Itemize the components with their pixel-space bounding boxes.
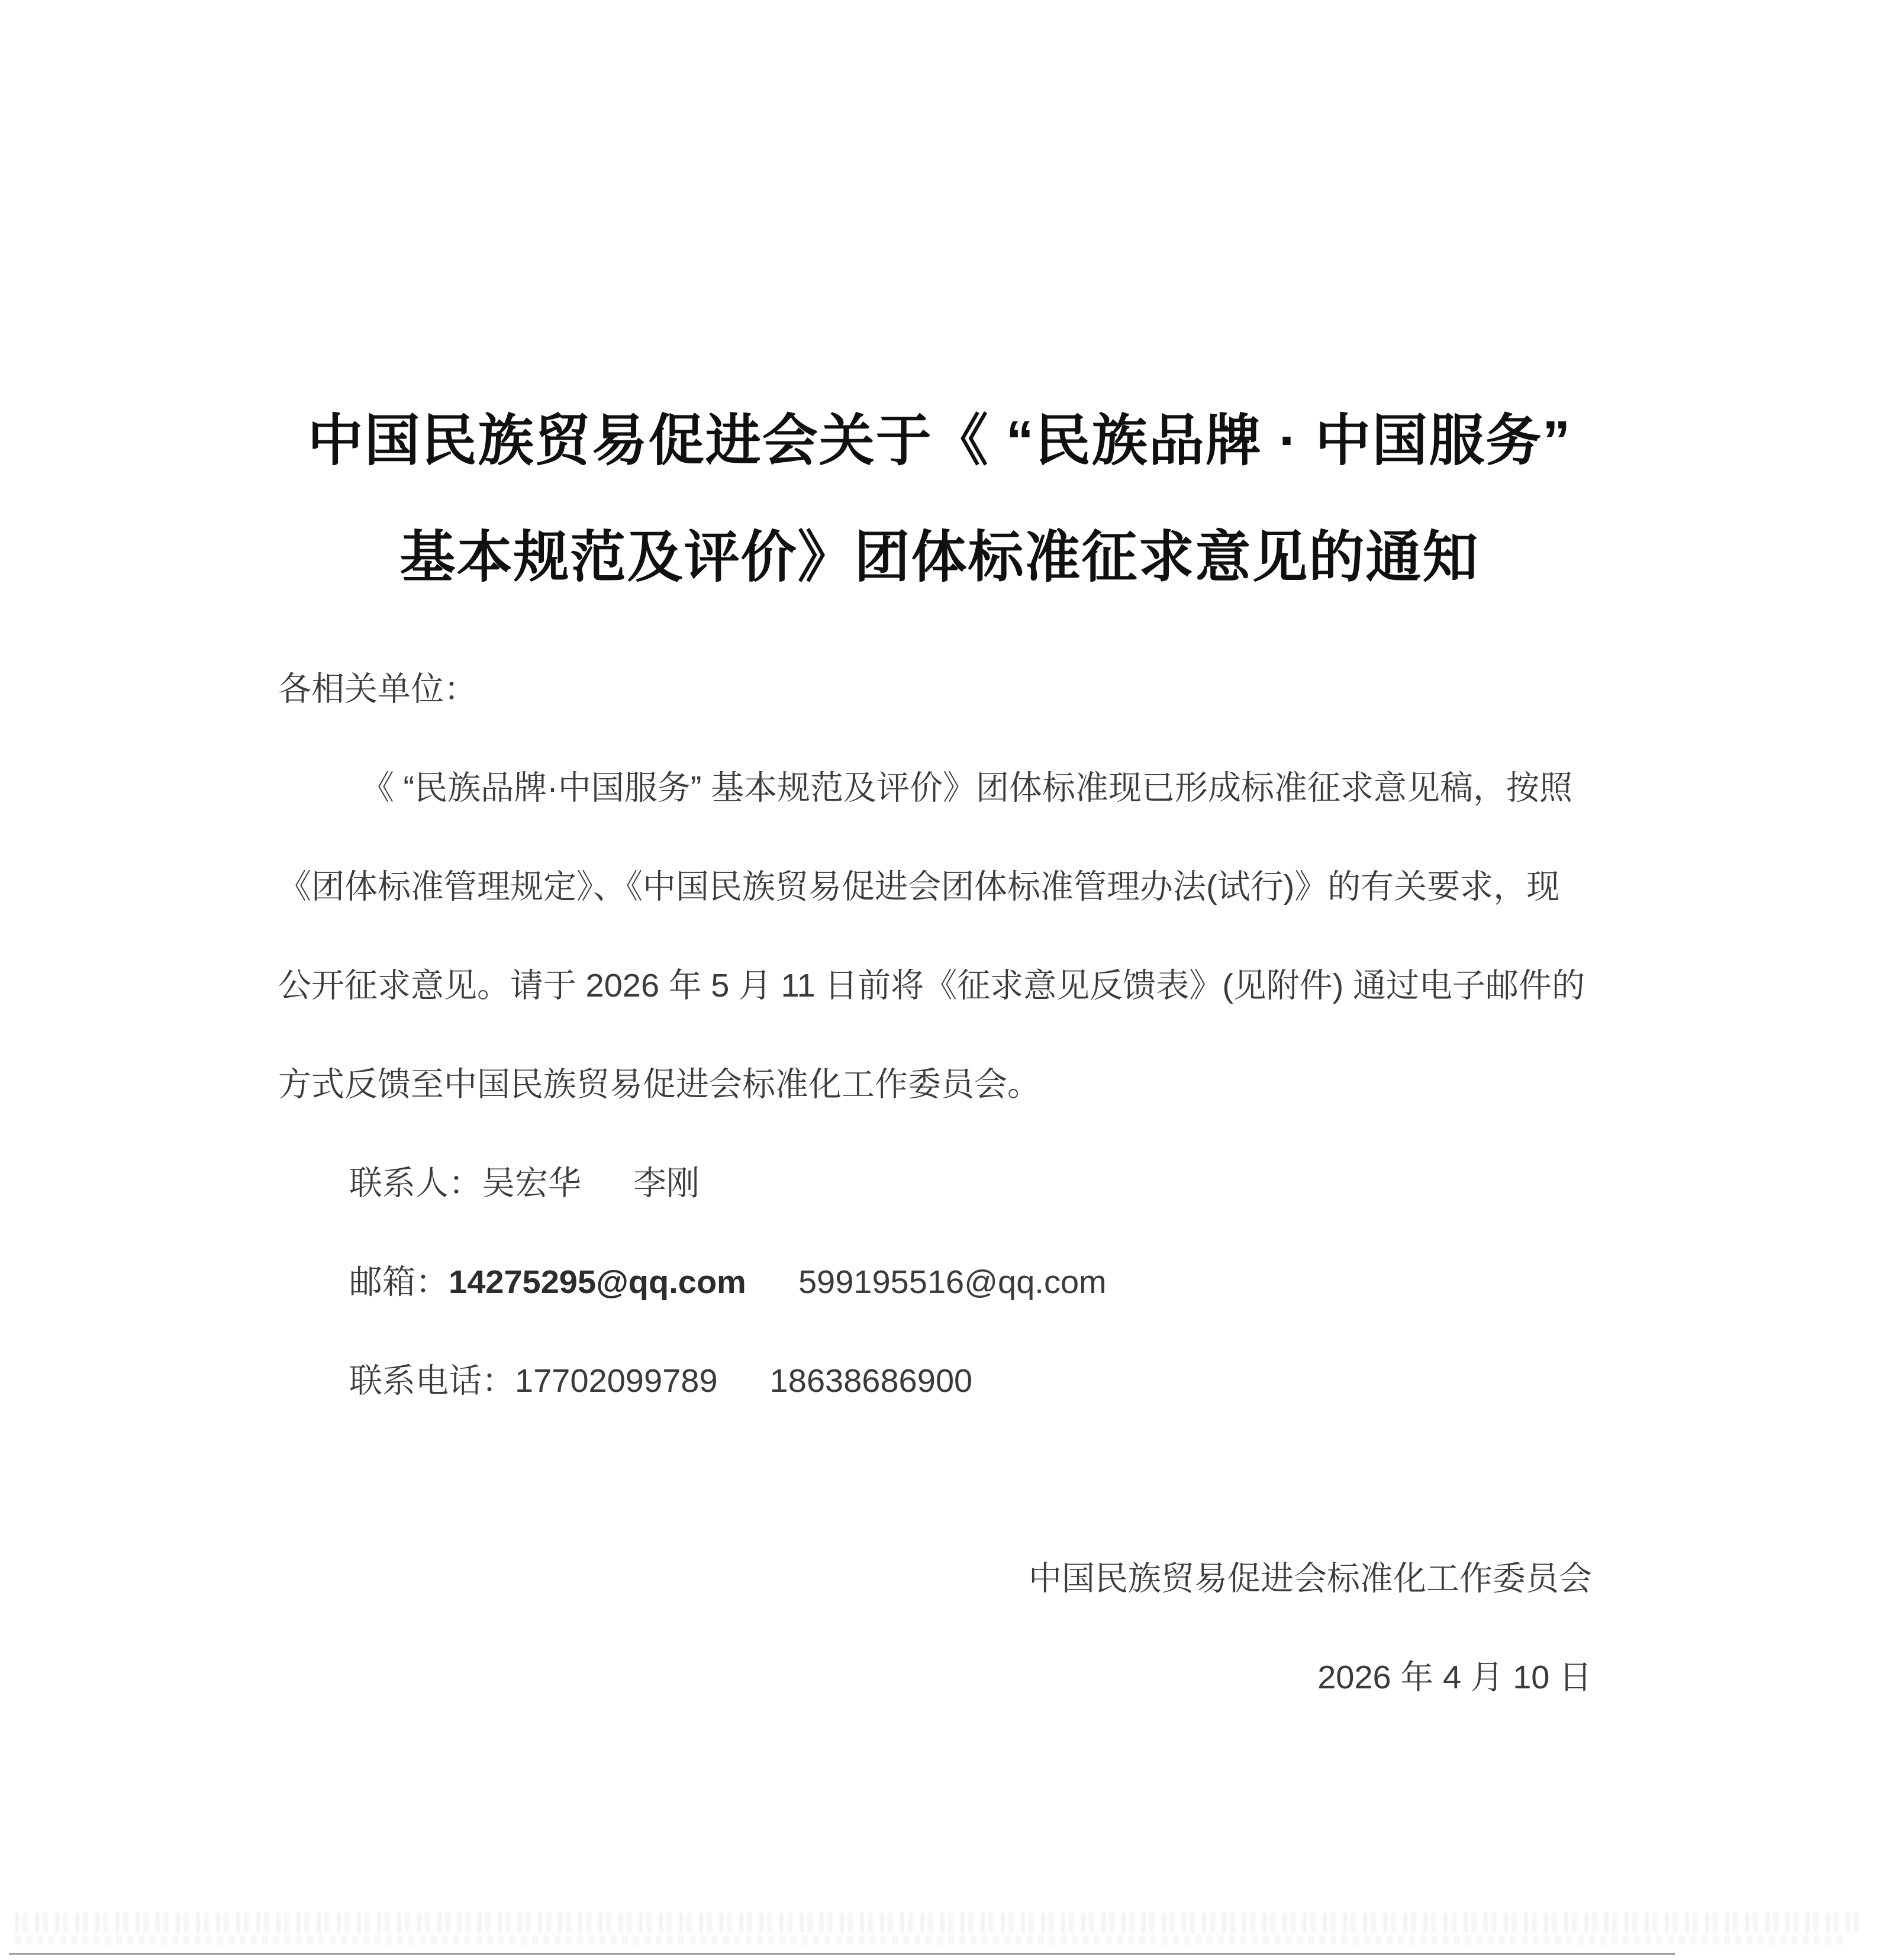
paragraph-line-1: 《 “民族品牌·中国服务” 基本规范及评价》团体标准现已形成标准征求意见稿，按照: [278, 738, 1592, 837]
contact-person-name-2: 李刚: [633, 1164, 700, 1201]
contact-email-1: 14275295@qq.com: [449, 1263, 746, 1300]
contact-email-label: 邮箱：: [349, 1263, 449, 1300]
document-title-line2: 基本规范及评价》团体标准征求意见的通知: [0, 499, 1879, 615]
document-body: 各相关单位： 《 “民族品牌·中国服务” 基本规范及评价》团体标准现已形成标准征…: [278, 639, 1592, 1726]
document-title: 中国民族贸易促进会关于《 “民族品牌 · 中国服务” 基本规范及评价》团体标准征…: [0, 382, 1879, 615]
paragraph-line-2: 《团体标准管理规定》、《中国民族贸易促进会团体标准管理办法(试行)》的有关要求，…: [278, 837, 1592, 936]
contact-phone-row: 联系电话：1770209978918638686900: [278, 1331, 1592, 1430]
blank-line: [278, 1430, 1592, 1529]
page-bottom-bleed-artifact-2: [15, 1935, 1843, 1945]
contact-person-row: 联系人：吴宏华李刚: [278, 1133, 1592, 1232]
document-title-line1: 中国民族贸易促进会关于《 “民族品牌 · 中国服务”: [0, 382, 1879, 499]
contact-email-2: 599195516@qq.com: [798, 1263, 1107, 1300]
signature-date: 2026 年 4 月 10 日: [278, 1627, 1592, 1726]
page-bottom-bleed-artifact: [15, 1913, 1864, 1933]
page-bottom-scan-line: [9, 1953, 1675, 1955]
paragraph-line-4: 方式反馈至中国民族贸易促进会标准化工作委员会。: [278, 1034, 1592, 1133]
contact-person-label: 联系人：: [349, 1164, 482, 1201]
salutation: 各相关单位：: [278, 639, 1592, 738]
document-page: 中国民族贸易促进会关于《 “民族品牌 · 中国服务” 基本规范及评价》团体标准征…: [0, 0, 1879, 1960]
contact-email-row: 邮箱：14275295@qq.com599195516@qq.com: [278, 1232, 1592, 1331]
contact-phone-label: 联系电话：: [349, 1362, 515, 1399]
contact-phone-1: 17702099789: [515, 1362, 718, 1399]
paragraph-line-3: 公开征求意见。请于 2026 年 5 月 11 日前将《征求意见反馈表》(见附件…: [278, 936, 1592, 1034]
signature: 中国民族贸易促进会标准化工作委员会: [278, 1529, 1592, 1627]
contact-person-name-1: 吴宏华: [482, 1164, 581, 1201]
contact-phone-2: 18638686900: [770, 1362, 973, 1399]
